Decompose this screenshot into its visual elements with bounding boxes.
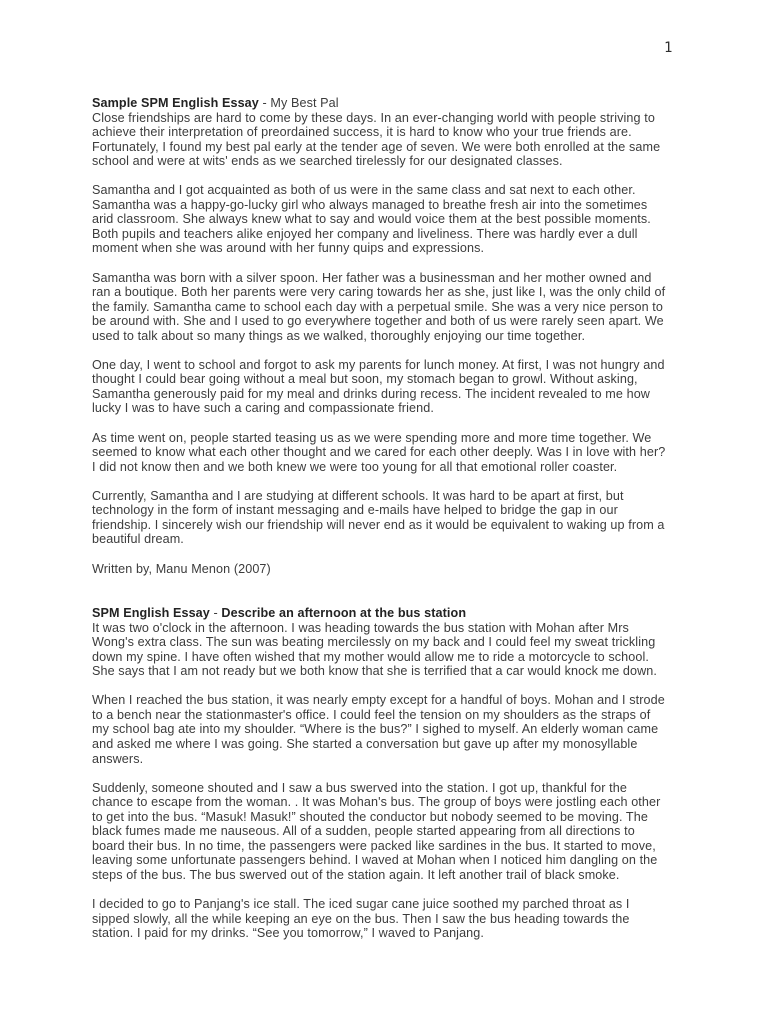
essay2-paragraph-1: It was two o'clock in the afternoon. I w… <box>92 621 712 679</box>
essay2-title: SPM English Essay - Describe an afternoo… <box>92 606 712 621</box>
essay1-paragraph-6: Currently, Samantha and I are studying a… <box>92 489 712 547</box>
essay-2: SPM English Essay - Describe an afternoo… <box>92 606 712 941</box>
essay1-paragraph-4: One day, I went to school and forgot to … <box>92 358 712 416</box>
essay1-paragraph-2: Samantha and I got acquainted as both of… <box>92 183 712 256</box>
essay1-paragraph-1: Close friendships are hard to come by th… <box>92 111 712 169</box>
essay1-title-separator: - <box>259 96 271 110</box>
page-number: 1 <box>664 40 672 56</box>
essay2-title-bold: SPM English Essay <box>92 606 210 620</box>
essay1-title-subtitle: My Best Pal <box>270 96 338 110</box>
essay1-paragraph-5: As time went on, people started teasing … <box>92 431 712 475</box>
essay2-title-separator: - <box>210 606 222 620</box>
essay2-title-subtitle: Describe an afternoon at the bus station <box>221 606 466 620</box>
page-content: Sample SPM English Essay - My Best Pal C… <box>92 96 712 955</box>
essay-1: Sample SPM English Essay - My Best Pal C… <box>92 96 712 576</box>
document-page: 1 Sample SPM English Essay - My Best Pal… <box>0 0 768 1024</box>
essay2-paragraph-4: I decided to go to Panjang's ice stall. … <box>92 897 712 941</box>
essay1-byline: Written by, Manu Menon (2007) <box>92 562 712 577</box>
essay1-paragraph-3: Samantha was born with a silver spoon. H… <box>92 271 712 344</box>
essay2-paragraph-3: Suddenly, someone shouted and I saw a bu… <box>92 781 712 883</box>
essay2-paragraph-2: When I reached the bus station, it was n… <box>92 693 712 766</box>
essay1-title-bold: Sample SPM English Essay <box>92 96 259 110</box>
essay1-title: Sample SPM English Essay - My Best Pal <box>92 96 712 111</box>
